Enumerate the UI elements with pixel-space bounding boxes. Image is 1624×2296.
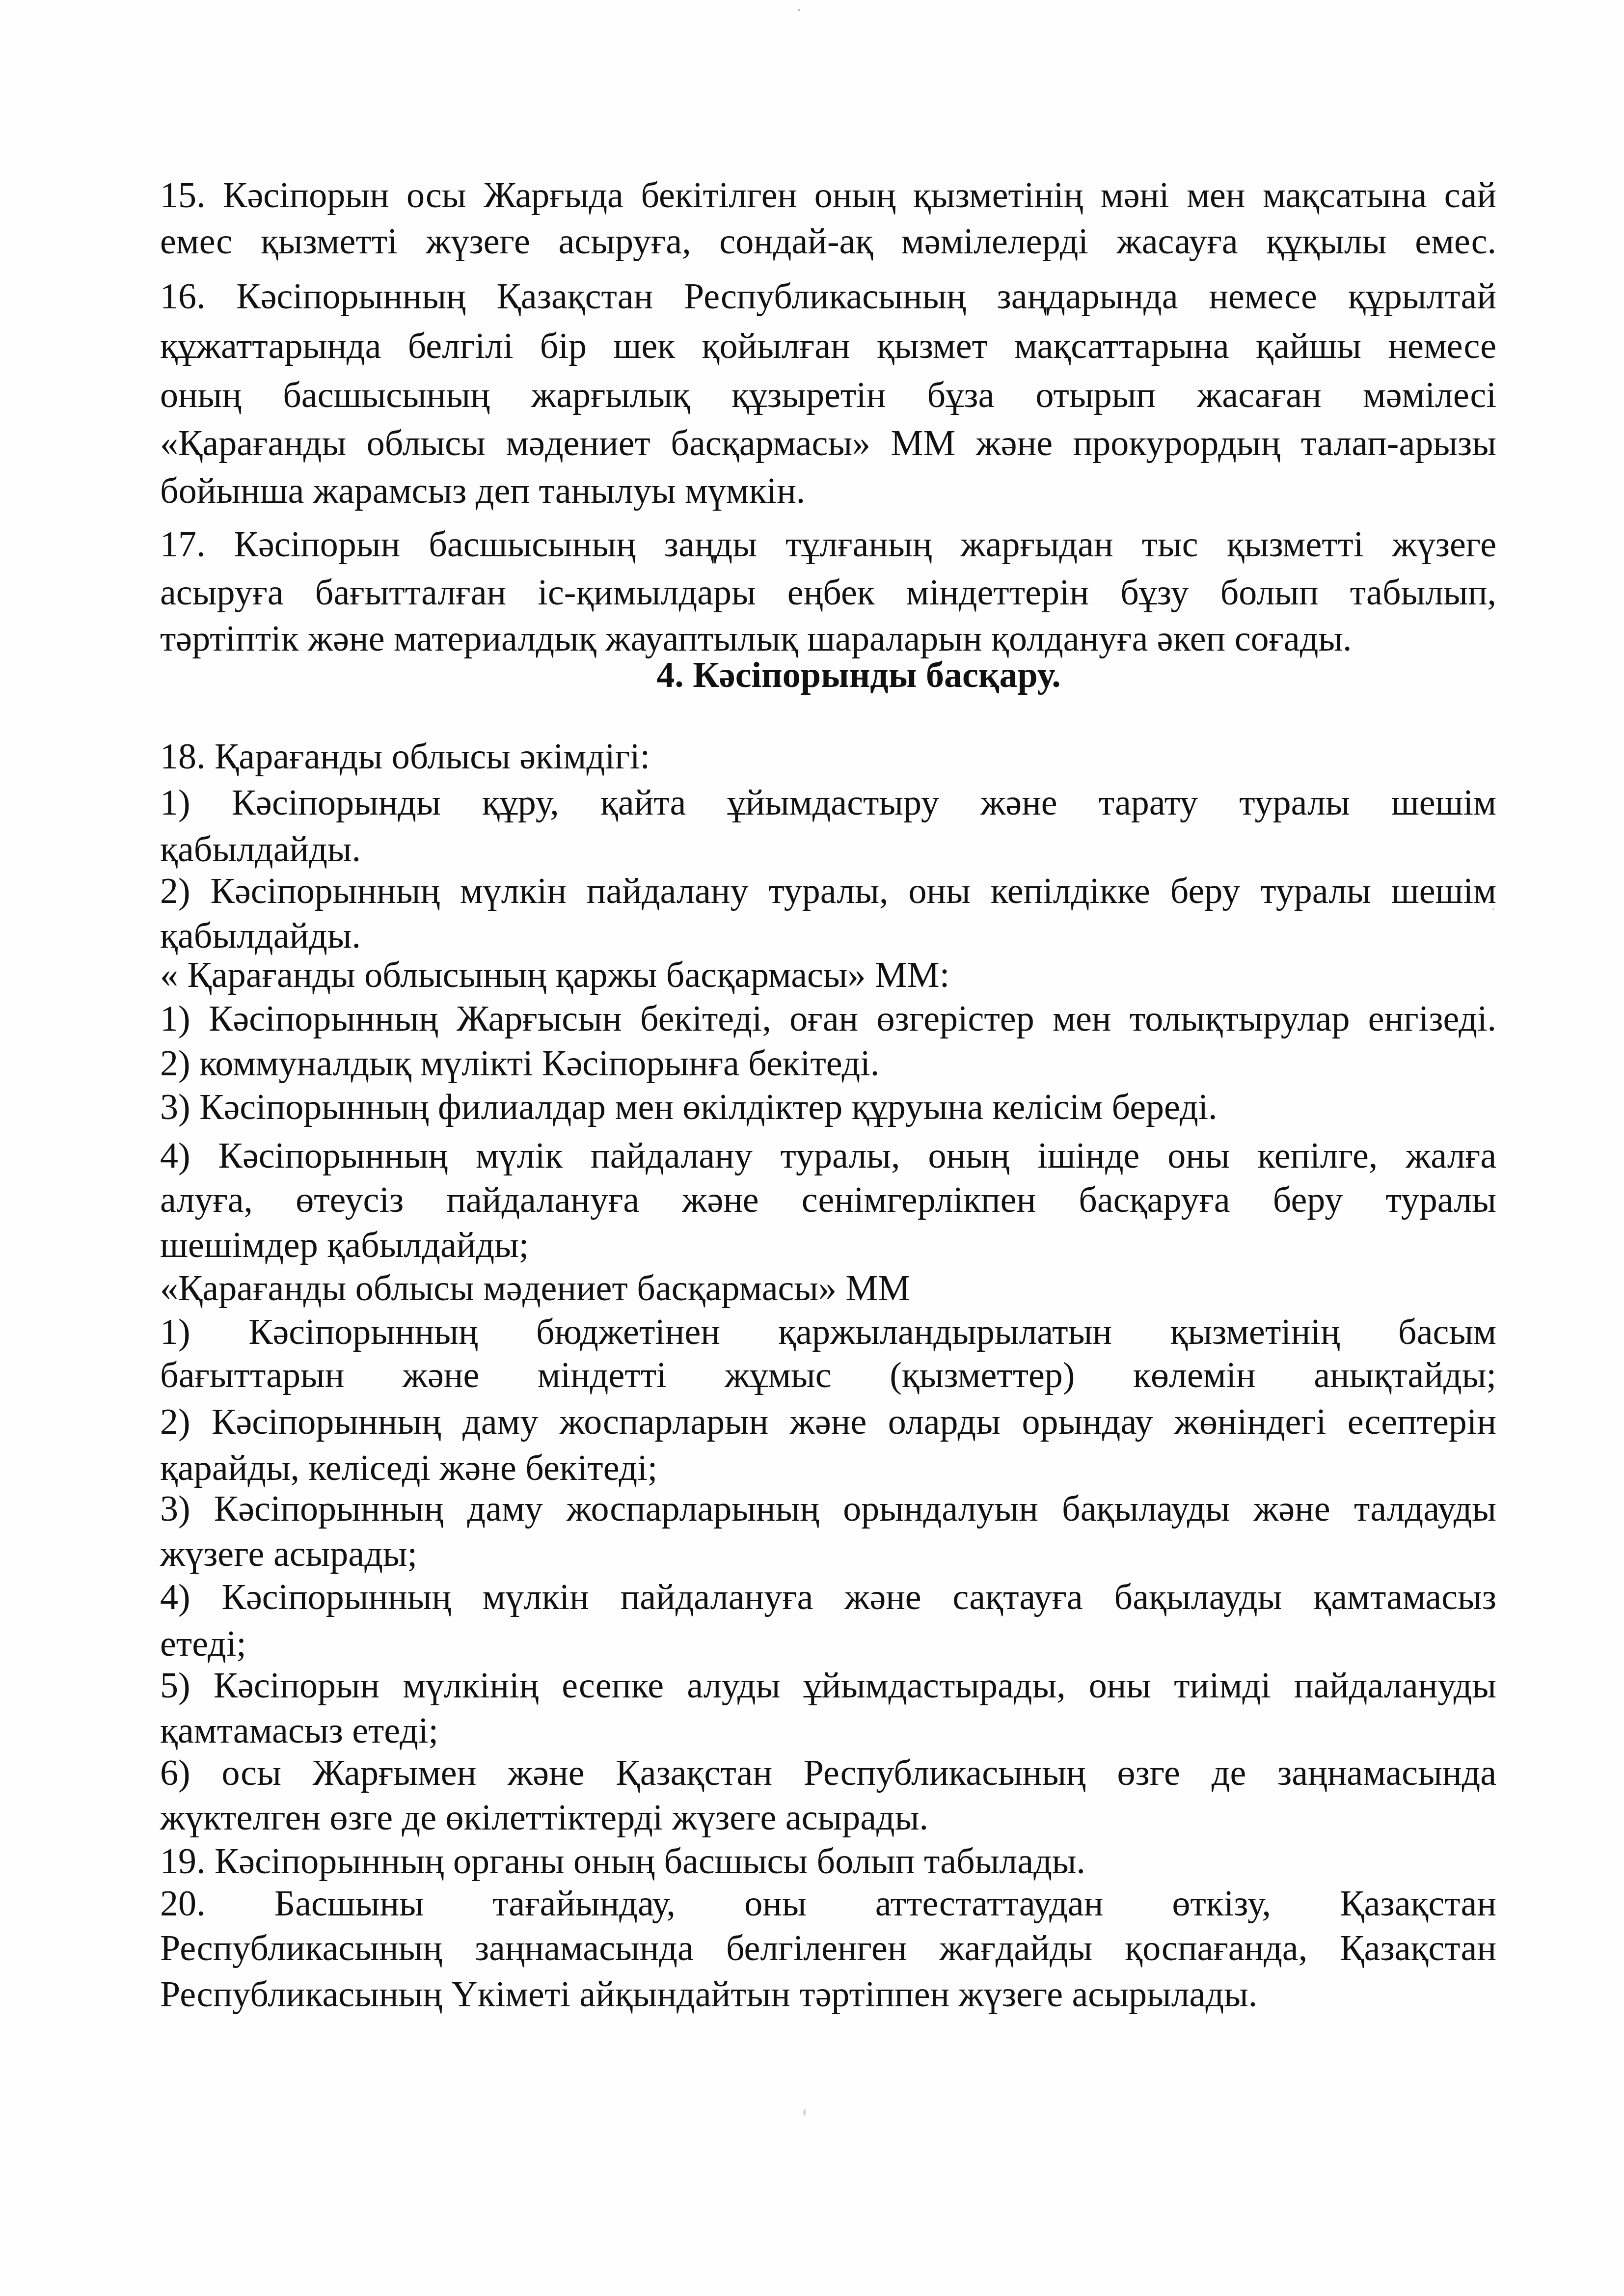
paragraph-18-intro: 18. Қарағанды облысы әкімдігі:	[160, 738, 1496, 775]
paragraph-15-line-2: емес қызметті жүзеге асыруға, сондай-ақ …	[160, 223, 1496, 260]
culture-item-6-line-1: 6) осы Жарғымен және Қазақстан Республик…	[160, 1755, 1496, 1791]
finance-item-4-line-1: 4) Кәсіпорынның мүлік пайдалану туралы, …	[160, 1138, 1496, 1174]
culture-item-1-line-2: бағыттарын және міндетті жұмыс (қызметте…	[160, 1357, 1496, 1394]
culture-item-5-line-2: қамтамасыз етеді;	[160, 1713, 1496, 1749]
paragraph-20-line-2: Республикасының заңнамасында белгіленген…	[160, 1930, 1496, 1967]
scan-speck	[798, 9, 800, 11]
culture-department-heading: «Қарағанды облысы мәдениет басқармасы» М…	[160, 1270, 1496, 1307]
paragraph-16-line-5: бойынша жарамсыз деп танылуы мүмкін.	[160, 473, 1496, 509]
paragraph-16-line-3: оның басшысының жарғылық құзыретін бұза …	[160, 377, 1496, 413]
scan-speck	[1492, 908, 1494, 910]
paragraph-16-line-4: «Қарағанды облысы мәдениет басқармасы» М…	[160, 425, 1496, 462]
paragraph-20-line-3: Республикасының Үкіметі айқындайтын тәрт…	[160, 1976, 1496, 2013]
paragraph-19: 19. Кәсіпорынның органы оның басшысы бол…	[160, 1843, 1496, 1880]
akimat-item-1-line-1: 1) Кәсіпорынды құру, қайта ұйымдастыру ж…	[160, 785, 1496, 821]
culture-item-2-line-2: қарайды, келіседі және бекітеді;	[160, 1450, 1496, 1486]
culture-item-4-line-1: 4) Кәсіпорынның мүлкін пайдалануға және …	[160, 1579, 1496, 1615]
scanned-document-page: 15. Кәсіпорын осы Жарғыда бекітілген оны…	[0, 0, 1624, 2296]
paragraph-17-line-3: тәртіптік және материалдық жауаптылық ша…	[160, 621, 1496, 657]
akimat-item-2-line-1: 2) Кәсіпорынның мүлкін пайдалану туралы,…	[160, 873, 1496, 909]
finance-department-heading: « Қарағанды облысының қаржы басқармасы» …	[160, 957, 1496, 993]
finance-item-1: 1) Кәсіпорынның Жарғысын бекітеді, оған …	[160, 1001, 1496, 1037]
akimat-item-1-line-2: қабылдайды.	[160, 831, 1496, 868]
culture-item-6-line-2: жүктелген өзге де өкілеттіктерді жүзеге …	[160, 1800, 1496, 1836]
culture-item-5-line-1: 5) Кәсіпорын мүлкінің есепке алуды ұйымд…	[160, 1667, 1496, 1704]
culture-item-3-line-1: 3) Кәсіпорынның даму жоспарларының орынд…	[160, 1491, 1496, 1527]
scan-speck	[803, 2109, 806, 2116]
section-heading: 4. Кәсіпорынды басқару.	[0, 657, 1624, 693]
finance-item-4-line-2: алуға, өтеусіз пайдалануға және сенімгер…	[160, 1182, 1496, 1218]
culture-item-2-line-1: 2) Кәсіпорынның даму жоспарларын және ол…	[160, 1404, 1496, 1440]
akimat-item-2-line-2: қабылдайды.	[160, 918, 1496, 954]
finance-item-4-line-3: шешімдер қабылдайды;	[160, 1227, 1496, 1263]
paragraph-16-line-1: 16. Кәсіпорынның Қазақстан Республикасын…	[160, 278, 1496, 315]
culture-item-4-line-2: етеді;	[160, 1626, 1496, 1662]
finance-item-3: 3) Кәсіпорынның филиалдар мен өкілдіктер…	[160, 1089, 1496, 1125]
paragraph-20-line-1: 20. Басшыны тағайындау, оны аттестаттауд…	[160, 1886, 1496, 1922]
paragraph-17-line-1: 17. Кәсіпорын басшысының заңды тұлғаның …	[160, 526, 1496, 563]
culture-item-1-line-1: 1) Кәсіпорынның бюджетінен қаржыландырыл…	[160, 1314, 1496, 1350]
finance-item-2: 2) коммуналдық мүлікті Кәсіпорынға бекіт…	[160, 1045, 1496, 1082]
paragraph-16-line-2: құжаттарында белгілі бір шек қойылған қы…	[160, 328, 1496, 364]
paragraph-15-line-1: 15. Кәсіпорын осы Жарғыда бекітілген оны…	[160, 177, 1496, 214]
paragraph-17-line-2: асыруға бағытталған іс-қимылдары еңбек м…	[160, 574, 1496, 611]
culture-item-3-line-2: жүзеге асырады;	[160, 1536, 1496, 1572]
